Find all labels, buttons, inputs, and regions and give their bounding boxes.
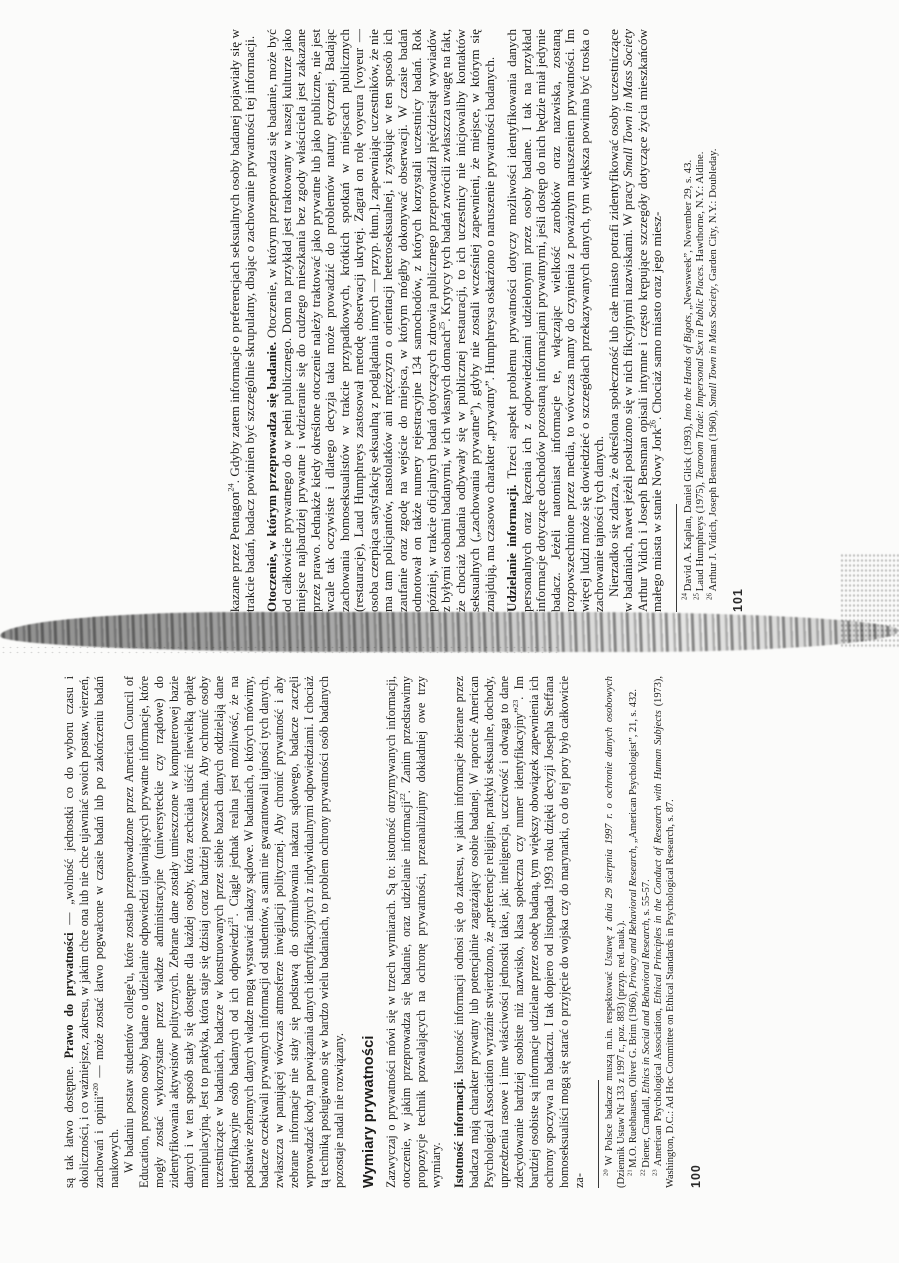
book-page-101: kazane przez Pentagon24. Gdyby zatem inf… <box>228 29 868 612</box>
text-segment: Otoczenie, w którym przeprowadza się bad… <box>264 342 279 612</box>
text-segment: Trzeci aspekt problemu prywatności dotyc… <box>504 29 606 612</box>
text-segment: Into the Hands of Bigots <box>682 315 694 421</box>
footnote-separator <box>676 504 677 612</box>
footnote-marker: 22 <box>398 793 407 801</box>
book-page-100: są tak łatwo dostępne. Prawo do prywatno… <box>62 676 877 1188</box>
text-segment: Diener, Crandall, <box>641 1094 652 1168</box>
page-101-body: kazane przez Pentagon24. Gdyby zatem inf… <box>228 29 746 612</box>
text-segment: , „American Psychologist”, 21, s. 432. <box>628 689 639 848</box>
paragraph: Istotność informacji. Istotność informac… <box>452 676 587 1188</box>
footnote: 21 M.O. Ruebhausen, Oliver G. Brim (1966… <box>628 676 640 1188</box>
footnote-marker: 26 <box>649 420 658 428</box>
section-heading: Wymiary prywatności <box>362 676 377 1188</box>
footnote-number: 26 <box>706 591 713 600</box>
footnote: 25 Laud Humphreys (1975), Tearoom Trade:… <box>694 29 707 612</box>
text-segment: , „Newsweek”, November 29, s. 43. <box>682 160 694 315</box>
photocopy-edge-noise <box>0 645 560 655</box>
footnote: 24 David A. Kaplan, Daniel Glick (1993),… <box>682 29 695 612</box>
text-segment: Privacy and Behavioral Research <box>628 848 639 988</box>
text-segment: David A. Kaplan, Daniel Glick (1993), <box>682 421 694 592</box>
paragraph: Nierzadko się zdarza, że określona społe… <box>607 29 665 612</box>
text-segment: American Psychological Association, <box>653 1004 664 1166</box>
text-segment: Small Town in Mass Society <box>620 29 635 177</box>
paragraph: Otoczenie, w którym przeprowadza się bad… <box>265 29 497 612</box>
page-number: 100 <box>689 676 704 1188</box>
text-segment: Small Town in Mass Society <box>707 286 719 407</box>
text-segment: . Ciągle jednak realna jest możliwość, ż… <box>227 676 346 1188</box>
text-segment: , s. 55-57. <box>641 879 652 920</box>
text-segment: W Polsce badacze muszą m.in. respektować <box>604 967 615 1166</box>
text-segment: są tak łatwo dostępne. <box>62 1058 76 1188</box>
footnote-number: 21 <box>627 1168 634 1176</box>
footnote-marker: 25 <box>438 322 447 330</box>
paragraph: Zazwyczaj o prywatności mówi się w trzec… <box>384 676 444 1188</box>
footnote: 22 Diener, Crandall, Ethics in Social an… <box>641 676 653 1188</box>
text-segment: . Chociaż samo miasto oraz jego miesz- <box>649 212 664 420</box>
text-segment: Arthur J. Vidich, Joseph Bensman (1960), <box>707 407 719 591</box>
footnote-marker: 24 <box>227 483 236 491</box>
footnote-marker: 21 <box>226 916 235 924</box>
footnote: 23 American Psychological Association, E… <box>653 676 677 1188</box>
footnote-number: 23 <box>651 1166 658 1176</box>
footnote: 26 Arthur J. Vidich, Joseph Bensman (196… <box>707 29 720 612</box>
footnote-marker: 20 <box>91 1083 100 1091</box>
paragraph: Udzielanie informacji. Trzeci aspekt pro… <box>505 29 607 612</box>
footnote-number: 22 <box>639 1168 646 1176</box>
text-segment: Ustawę z dnia 29 sierpnia 1997 r. o ochr… <box>604 676 615 967</box>
paragraph: kazane przez Pentagon24. Gdyby zatem inf… <box>228 29 257 612</box>
text-segment: Otoczenie, w którym przeprowadza się bad… <box>264 29 453 612</box>
footnote: 20 W Polsce badacze muszą m.in. respekto… <box>604 676 628 1188</box>
footnote-number: 24 <box>681 591 688 600</box>
text-segment: (Dziennik Ustaw Nr 133 z 1997 r., poz. 8… <box>616 920 627 1188</box>
footnote-marker: 23 <box>511 700 520 708</box>
text-segment: . Hawthorne, N.Y.: Aldine. <box>694 152 706 268</box>
footnote-number: 25 <box>694 591 701 600</box>
text-segment: Laud Humphreys (1975), <box>694 479 706 591</box>
footnote-number: 20 <box>603 1165 610 1176</box>
text-segment: Udzielanie informacji. <box>504 485 519 612</box>
paragraph: są tak łatwo dostępne. Prawo do prywatno… <box>62 676 122 1188</box>
text-segment: Ethics in Social and Behavioral Research <box>641 921 652 1094</box>
text-segment: Prawo do prywatności <box>62 932 76 1058</box>
scanned-book-spread: kazane przez Pentagon24. Gdyby zatem inf… <box>0 0 899 1263</box>
text-segment: Ethical Principles in the Conduct of Res… <box>653 710 664 1004</box>
page-number: 101 <box>731 29 746 612</box>
paragraph: W badaniu postaw studentów college'u, kt… <box>122 676 347 1188</box>
text-segment: W badaniu postaw studentów college'u, kt… <box>122 676 241 1188</box>
text-segment: , Garden City, N.Y.: Doubleday. <box>707 149 719 287</box>
page-100-body: są tak łatwo dostępne. Prawo do prywatno… <box>62 676 704 1188</box>
text-segment: Tearoom Trade: Impersonal Sex in Public … <box>694 267 706 479</box>
text-segment: M.O. Ruebhausen, Oliver G. Brim (1966), <box>628 988 639 1167</box>
text-segment: Istotność informacji. <box>452 1079 466 1188</box>
footnote-separator <box>598 1080 599 1188</box>
text-segment: kazane przez Pentagon <box>227 492 242 612</box>
